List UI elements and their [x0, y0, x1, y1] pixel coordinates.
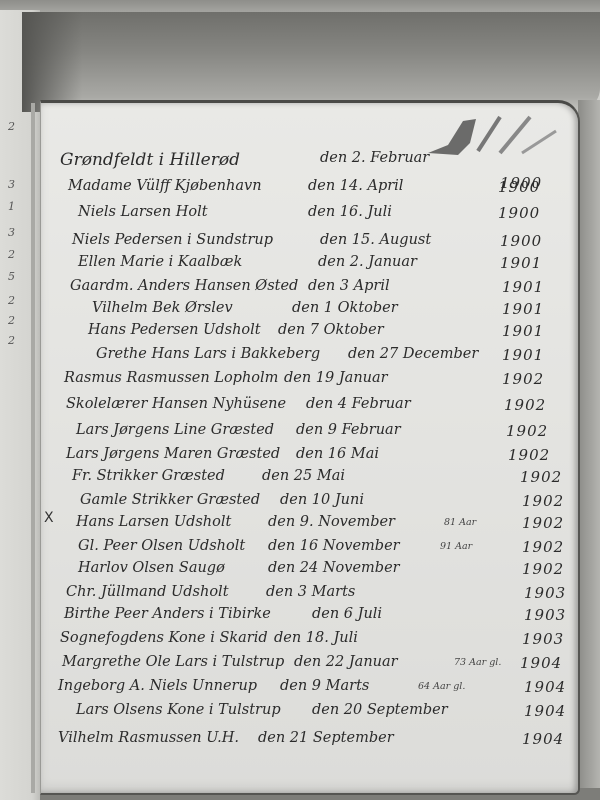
- entry-name: Madame Vülff Kjøbenhavn: [68, 178, 262, 194]
- register-entry: Gamle Strikker Græsted den 10 Juni 1902: [80, 492, 580, 514]
- entry-year: 1901: [502, 300, 544, 318]
- register-entry: Lars Jørgens Line Græsted den 9 Februar …: [76, 422, 576, 444]
- entry-date: den 15. August: [320, 232, 431, 248]
- register-entry: Niels Larsen Holt den 16. Juli 1900: [78, 204, 578, 226]
- entry-date: den 2. Januar: [318, 254, 417, 270]
- entry-year: 1900: [498, 204, 540, 222]
- entry-name: Gaardm. Anders Hansen Østed: [70, 278, 298, 294]
- entry-name: Lars Jørgens Maren Græsted: [66, 446, 280, 462]
- entry-date: den 16. Juli: [308, 204, 392, 220]
- register-entry: Lars Jørgens Maren Græsted den 16 Mai 19…: [66, 446, 566, 468]
- entry-date: den 4 Februar: [306, 396, 411, 412]
- entry-name: Niels Larsen Holt: [78, 204, 208, 220]
- entry-year: 1900: [500, 232, 542, 250]
- entry-date: den 25 Mai: [262, 468, 345, 484]
- entry-name: Harlov Olsen Saugø: [78, 560, 225, 576]
- register-entry: Hans Larsen Udsholt den 9. November 81 A…: [76, 514, 576, 536]
- entry-date: den 22 Januar: [294, 654, 398, 670]
- entry-name: Birthe Peer Anders i Tibirke: [64, 606, 271, 622]
- entry-name: Lars Jørgens Line Græsted: [76, 422, 274, 438]
- entry-date: den 6 Juli: [312, 606, 382, 622]
- entry-date: den 2. Februar: [320, 150, 429, 166]
- entry-date: den 24 November: [268, 560, 400, 576]
- entry-date: den 9 Marts: [280, 678, 369, 694]
- entry-year: 1900: [498, 178, 540, 196]
- entry-name: Ingeborg A. Niels Unnerup: [58, 678, 257, 694]
- register-entry: Hans Pedersen Udsholt den 7 Oktober 1901: [88, 322, 588, 344]
- entry-name: Ellen Marie i Kaalbæk: [78, 254, 242, 270]
- entry-date: den 9. November: [268, 514, 395, 530]
- register-entry: Rasmus Rasmussen Lopholm den 19 Januar 1…: [64, 370, 564, 392]
- register-entry: Margrethe Ole Lars i Tulstrup den 22 Jan…: [62, 654, 562, 676]
- entry-date: den 21 September: [258, 730, 394, 746]
- entry-date: den 20 September: [312, 702, 448, 718]
- entry-year: 1902: [502, 370, 544, 388]
- entry-age-note: 91 Aar: [440, 541, 472, 552]
- entry-name: Gamle Strikker Græsted: [80, 492, 260, 508]
- entry-age-note: 64 Aar gl.: [418, 681, 465, 692]
- entry-name: Niels Pedersen i Sundstrup: [72, 232, 273, 248]
- entry-year: 1902: [522, 538, 564, 556]
- entry-date: den 18. Juli: [274, 630, 358, 646]
- entry-year: 1902: [506, 422, 548, 440]
- burial-register-entries: Grøndfeldt i Hillerød den 2. Februar 190…: [0, 0, 600, 800]
- entry-date: den 1 Oktober: [292, 300, 398, 316]
- entry-name: Skolelærer Hansen Nyhüsene: [66, 396, 286, 412]
- entry-year: 1902: [522, 492, 564, 510]
- entry-name: Grethe Hans Lars i Bakkeberg: [96, 346, 320, 362]
- register-entry: Vilhelm Rasmussen U.H. den 21 September …: [58, 730, 558, 752]
- register-entry: Fr. Strikker Græsted den 25 Mai 1902: [72, 468, 572, 490]
- entry-year: 1904: [522, 730, 564, 748]
- entry-year: 1902: [522, 560, 564, 578]
- entry-year: 1904: [524, 702, 566, 720]
- entry-year: 1904: [520, 654, 562, 672]
- entry-year: 1901: [502, 346, 544, 364]
- entry-date: den 3 April: [308, 278, 390, 294]
- entry-name: Sognefogdens Kone i Skarid: [60, 630, 268, 646]
- entry-name: Vilhelm Bek Ørslev: [92, 300, 233, 316]
- entry-name: Lars Olsens Kone i Tulstrup: [76, 702, 281, 718]
- entry-year: 1901: [502, 322, 544, 340]
- entry-age-note: 73 Aar gl.: [454, 657, 501, 668]
- register-entry: Gl. Peer Olsen Udsholt den 16 November 9…: [78, 538, 578, 560]
- entry-date: den 14. April: [308, 178, 403, 194]
- register-entry: Grethe Hans Lars i Bakkeberg den 27 Dece…: [96, 346, 596, 368]
- register-entry: Lars Olsens Kone i Tulstrup den 20 Septe…: [76, 702, 576, 724]
- entry-year: 1901: [500, 254, 542, 272]
- entry-date: den 3 Marts: [266, 584, 355, 600]
- entry-date: den 16 Mai: [296, 446, 379, 462]
- register-entry: Harlov Olsen Saugø den 24 November 1902: [78, 560, 578, 582]
- entry-name: Margrethe Ole Lars i Tulstrup: [62, 654, 284, 670]
- entry-year: 1901: [502, 278, 544, 296]
- entry-year: 1903: [524, 606, 566, 624]
- entry-year: 1902: [504, 396, 546, 414]
- entry-name: Rasmus Rasmussen Lopholm: [64, 370, 278, 386]
- entry-name: Hans Larsen Udsholt: [76, 514, 231, 530]
- entry-year: 1903: [524, 584, 566, 602]
- entry-year: 1903: [522, 630, 564, 648]
- register-entry: Gaardm. Anders Hansen Østed den 3 April …: [70, 278, 570, 300]
- entry-year: 1904: [524, 678, 566, 696]
- entry-name: Hans Pedersen Udsholt: [88, 322, 261, 338]
- entry-year: 1902: [520, 468, 562, 486]
- register-entry: Skolelærer Hansen Nyhüsene den 4 Februar…: [66, 396, 566, 418]
- entry-name: Vilhelm Rasmussen U.H.: [58, 730, 239, 746]
- entry-name: Grøndfeldt i Hillerød: [60, 150, 240, 170]
- register-entry: Ingeborg A. Niels Unnerup den 9 Marts 64…: [58, 678, 558, 700]
- entry-date: den 10 Juni: [280, 492, 364, 508]
- register-entry: Chr. Jüllmand Udsholt den 3 Marts 1903: [66, 584, 566, 606]
- entry-name: Gl. Peer Olsen Udsholt: [78, 538, 245, 554]
- entry-date: den 16 November: [268, 538, 400, 554]
- entry-date: den 27 December: [348, 346, 478, 362]
- register-entry: Ellen Marie i Kaalbæk den 2. Januar 1901: [78, 254, 578, 276]
- entry-date: den 7 Oktober: [278, 322, 384, 338]
- entry-year: 1902: [522, 514, 564, 532]
- register-entry: Madame Vülff Kjøbenhavn den 14. April 19…: [68, 178, 568, 200]
- entry-name: Chr. Jüllmand Udsholt: [66, 584, 229, 600]
- register-entry: Niels Pedersen i Sundstrup den 15. Augus…: [72, 232, 572, 254]
- entry-date: den 9 Februar: [296, 422, 401, 438]
- entry-age-note: 81 Aar: [444, 517, 476, 528]
- entry-year: 1902: [508, 446, 550, 464]
- register-entry: Vilhelm Bek Ørslev den 1 Oktober 1901: [92, 300, 592, 322]
- entry-date: den 19 Januar: [284, 370, 388, 386]
- register-entry: Birthe Peer Anders i Tibirke den 6 Juli …: [64, 606, 564, 628]
- entry-name: Fr. Strikker Græsted: [72, 468, 225, 484]
- register-entry: Sognefogdens Kone i Skarid den 18. Juli …: [60, 630, 560, 652]
- register-entry: Grøndfeldt i Hillerød den 2. Februar 190…: [60, 150, 560, 172]
